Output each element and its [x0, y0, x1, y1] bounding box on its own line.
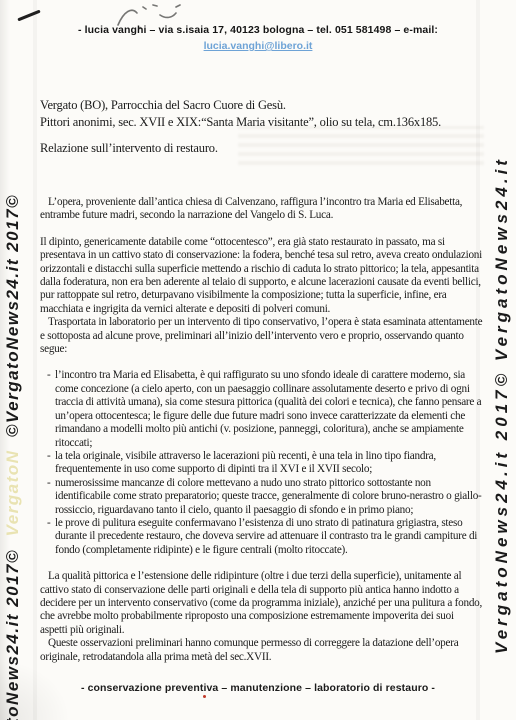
- document-body: L’opera, proveniente dall’antica chiesa …: [40, 196, 483, 664]
- watermark-right: VergatoNews24.it 2017© VergatoNews24.it: [488, 0, 514, 720]
- body-paragraph: L’opera, proveniente dall’antica chiesa …: [40, 196, 483, 223]
- list-item: - le prove di pulitura eseguite conferma…: [40, 517, 483, 557]
- scanned-document-page: toNews24.it 2017© VergatoN ©VergatoNews2…: [0, 0, 516, 720]
- title-location-line: Vergato (BO), Parrocchia del Sacro Cuore…: [40, 97, 490, 114]
- letterhead-contact-line: - lucia vanghi – via s.isaia 17, 40123 b…: [0, 24, 516, 36]
- email-link[interactable]: lucia.vanghi@libero.it: [204, 40, 313, 52]
- body-paragraph: Queste osservazioni preliminari hanno co…: [40, 637, 483, 664]
- dash-bullet: -: [40, 517, 55, 557]
- dash-bullet: -: [40, 450, 55, 477]
- subject-line: Relazione sull’intervento di restauro.: [40, 141, 490, 156]
- body-paragraph: La qualità pittorica e l’estensione dell…: [40, 570, 483, 637]
- observations-list: - l’incontro tra Maria ed Elisabetta, è …: [40, 369, 483, 557]
- body-paragraph: Il dipinto, genericamente databile come …: [40, 236, 483, 316]
- list-item-text: le prove di pulitura eseguite confermava…: [55, 517, 483, 557]
- dash-bullet: -: [40, 477, 55, 517]
- body-paragraph: Trasportata in laboratorio per un interv…: [40, 316, 483, 356]
- watermark-left-run: toNews24.it 2017© VergatoN ©VergatoNews2…: [1, 194, 25, 720]
- document-title-block: Vergato (BO), Parrocchia del Sacro Cuore…: [40, 97, 490, 130]
- watermark-right-run: VergatoNews24.it 2017© VergatoNews24.it: [490, 147, 514, 720]
- title-artwork-line: Pittori anonimi, sec. XVII e XIX:“Santa …: [40, 114, 490, 131]
- red-speck-artifact: [203, 695, 206, 698]
- list-item-text: numerosissime mancanze di colore metteva…: [55, 477, 483, 517]
- watermark-left: toNews24.it 2017© VergatoN ©VergatoNews2…: [0, 0, 26, 720]
- list-item: - l’incontro tra Maria ed Elisabetta, è …: [40, 369, 483, 449]
- letterhead-email-row: lucia.vanghi@libero.it: [0, 40, 516, 52]
- footer-line: - conservazione preventiva – manutenzion…: [0, 682, 516, 694]
- list-item: - numerosissime mancanze di colore mette…: [40, 477, 483, 517]
- page-fold-shadow-left: [33, 0, 37, 720]
- dash-bullet: -: [40, 369, 55, 449]
- list-item-text: l’incontro tra Maria ed Elisabetta, è qu…: [55, 369, 483, 449]
- list-item: - la tela originale, visibile attraverso…: [40, 450, 483, 477]
- list-item-text: la tela originale, visibile attraverso l…: [55, 450, 483, 477]
